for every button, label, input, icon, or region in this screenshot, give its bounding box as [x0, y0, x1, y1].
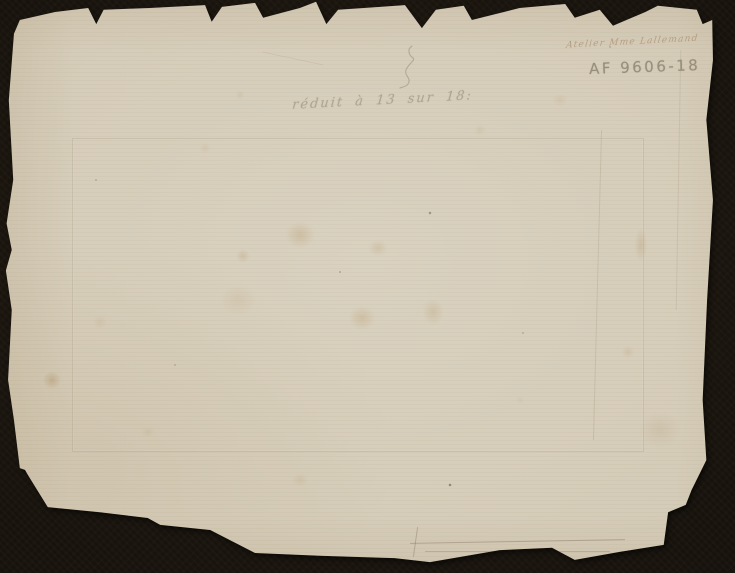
- ink-inscription: Atelier Mme Lallemand: [565, 33, 702, 50]
- plate-mark: [72, 138, 644, 452]
- crease-line: [425, 551, 610, 552]
- reduction-note-inscription: réduit à 13 sur 18:: [291, 88, 473, 113]
- crease-line: [263, 52, 324, 66]
- crease-line: [410, 539, 625, 544]
- paper-sheet: Atelier Mme Lallemand AF 9606-18 réduit …: [0, 0, 735, 573]
- crease-line: [413, 527, 418, 557]
- crease-line: [676, 50, 682, 310]
- inventory-number-inscription: AF 9606-18: [589, 56, 701, 78]
- ink-specks: [0, 0, 735, 573]
- mount-background: Atelier Mme Lallemand AF 9606-18 réduit …: [0, 0, 735, 573]
- pencil-squiggle-mark: [396, 44, 422, 90]
- paper-sheet-wrapper: Atelier Mme Lallemand AF 9606-18 réduit …: [0, 0, 735, 573]
- crease-line: [593, 130, 602, 440]
- foxing-stains: [0, 0, 735, 573]
